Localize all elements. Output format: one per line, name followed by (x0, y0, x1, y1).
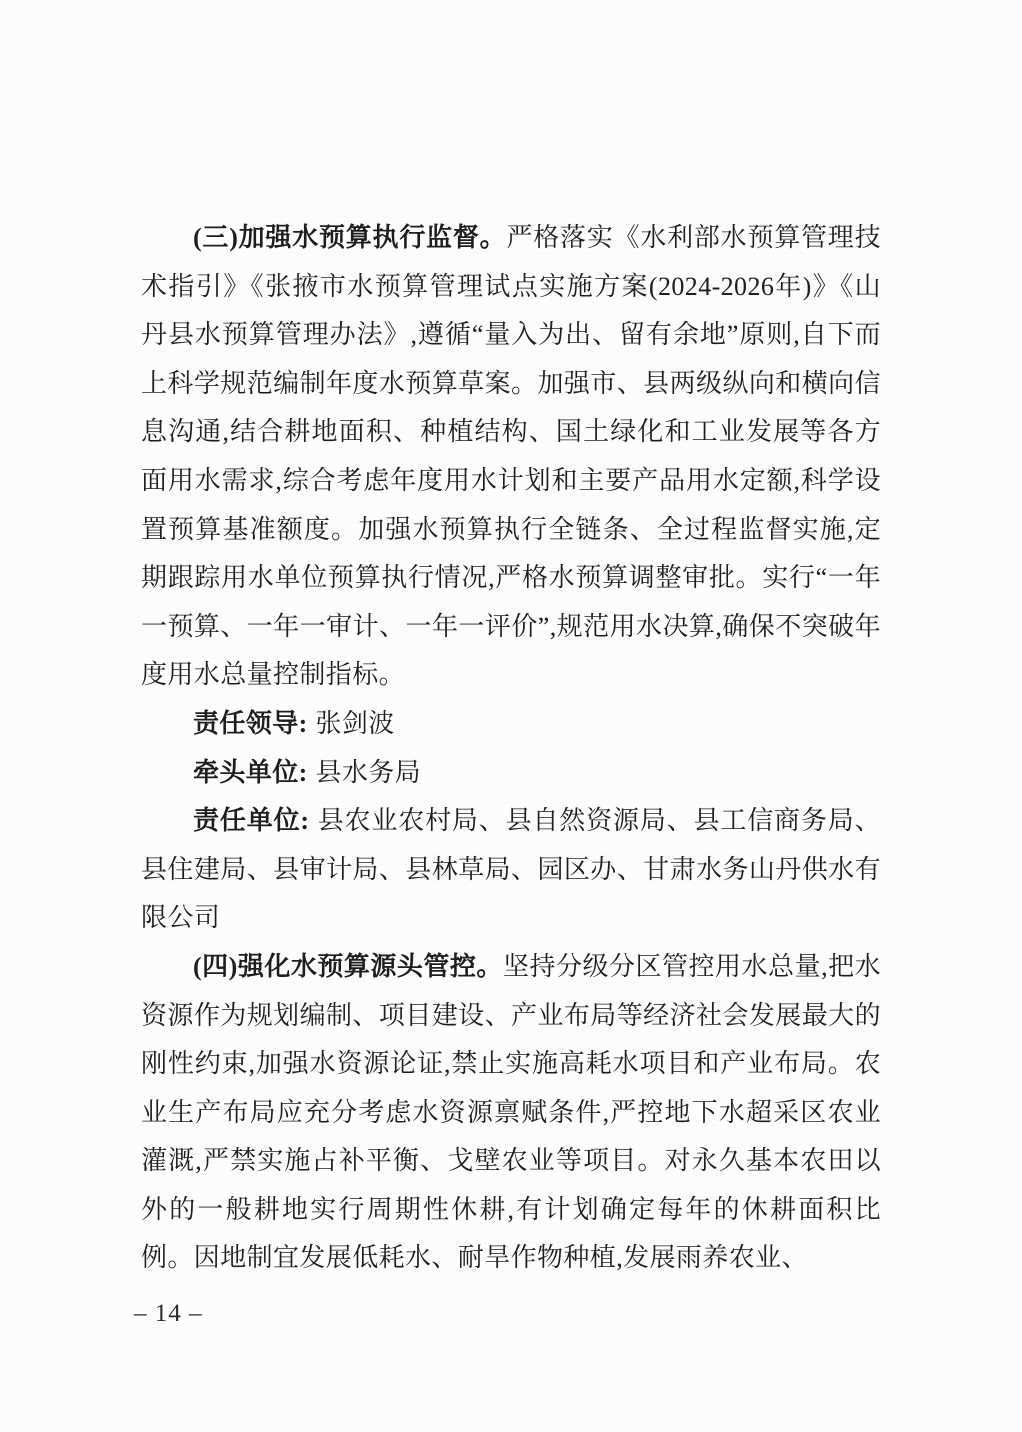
paragraph-section-4: (四)强化水预算源头管控。坚持分级分区管控用水总量,把水资源作为规划编制、项目建… (141, 943, 881, 1283)
section-4-heading: (四)强化水预算源头管控。 (193, 952, 503, 981)
section-3-heading: (三)加强水预算执行监督。 (193, 223, 506, 252)
responsible-leader-label: 责任领导: (193, 709, 308, 738)
responsible-leader-value: 张剑波 (315, 709, 394, 738)
document-body: (三)加强水预算执行监督。严格落实《水利部水预算管理技术指引》《张掖市水预算管理… (141, 214, 881, 1283)
responsible-units-label: 责任单位: (193, 806, 309, 835)
section-3-body-text: 严格落实《水利部水预算管理技术指引》《张掖市水预算管理试点实施方案(2024-2… (141, 223, 881, 689)
document-page: (三)加强水预算执行监督。严格落实《水利部水预算管理技术指引》《张掖市水预算管理… (0, 0, 1022, 1432)
responsible-units-line: 责任单位:县农业农村局、县自然资源局、县工信商务局、县住建局、县审计局、县林草局… (141, 797, 881, 943)
lead-unit-value: 县水务局 (315, 758, 421, 787)
responsible-leader-line: 责任领导:张剑波 (141, 700, 881, 749)
lead-unit-line: 牵头单位:县水务局 (141, 749, 881, 798)
page-number: – 14 – (134, 1300, 203, 1328)
lead-unit-label: 牵头单位: (193, 758, 308, 787)
section-4-body-text: 坚持分级分区管控用水总量,把水资源作为规划编制、项目建设、产业布局等经济社会发展… (141, 952, 881, 1273)
paragraph-section-3: (三)加强水预算执行监督。严格落实《水利部水预算管理技术指引》《张掖市水预算管理… (141, 214, 881, 700)
